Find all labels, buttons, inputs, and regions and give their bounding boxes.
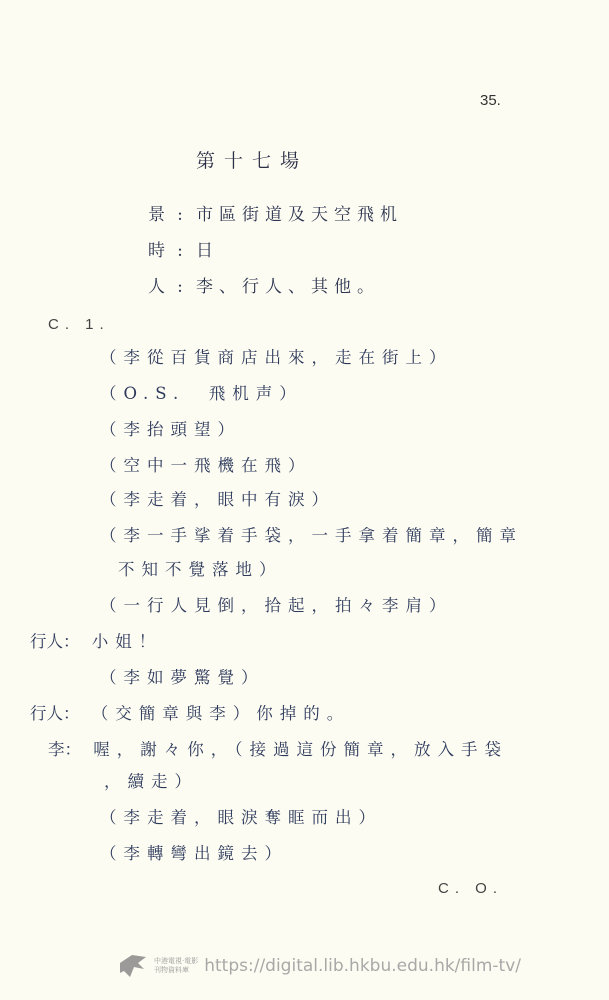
dialogue-text: （交簡章與李）你掉的。 (92, 704, 351, 723)
script-line: （一行人見倒，拾起，拍々李肩） (100, 592, 453, 616)
meta-value: 李、行人、其他。 (196, 277, 380, 297)
meta-key: 時 (148, 236, 170, 261)
dialogue-text: 小姐！ (92, 632, 163, 651)
watermark: 中港電視·電影 刊物資料庫 https://digital.lib.hkbu.e… (118, 953, 521, 979)
dialogue-line: 行人： （交簡章與李）你掉的。 (30, 700, 350, 724)
meta-value: 市區街道及天空飛机 (196, 205, 403, 225)
script-line: ，續走） (104, 768, 198, 792)
meta-key: 人 (148, 272, 170, 297)
scene-title: 第十七場 (196, 146, 308, 173)
meta-characters: 人:李、行人、其他。 (148, 272, 380, 297)
script-line: （李走着，眼中有淚） (100, 486, 335, 510)
watermark-url: https://digital.lib.hkbu.edu.hk/film-tv/ (204, 956, 521, 976)
page-number: 35. (480, 92, 501, 109)
shot-start: C. 1. (48, 316, 110, 333)
script-line: 不知不覺落地） (118, 556, 283, 580)
meta-key: 景 (148, 200, 170, 225)
script-line: （O.S. 飛机声） (100, 380, 303, 404)
dialogue-line: 行人： 小姐！ (30, 628, 162, 652)
meta-value: 日 (196, 241, 219, 261)
script-line: （李走着，眼淚奪眶而出） (100, 804, 382, 828)
dialogue-text: 喔，謝々你，（接過這份簡章，放入手袋 (93, 740, 508, 759)
script-line: （李轉彎出鏡去） (100, 840, 288, 864)
meta-setting: 景:市區街道及天空飛机 (148, 200, 403, 225)
script-line: （李從百貨商店出來，走在街上） (100, 344, 453, 368)
speaker-label: 行人： (30, 628, 80, 652)
meta-time: 時:日 (148, 236, 219, 261)
dialogue-line: 李： 喔，謝々你，（接過這份簡章，放入手袋 (48, 736, 508, 760)
speaker-label: 行人： (30, 700, 80, 724)
library-logo-icon (118, 953, 148, 979)
script-line: （李抬頭望） (100, 416, 241, 440)
script-line: （空中一飛機在飛） (100, 452, 312, 476)
script-line: （李一手挲着手袋，一手拿着簡章，簡章 (100, 522, 523, 546)
script-line: （李如夢驚覺） (100, 664, 265, 688)
shot-end: C. O. (438, 880, 503, 897)
watermark-org: 中港電視·電影 刊物資料庫 (154, 957, 198, 975)
speaker-label: 李： (48, 736, 81, 760)
